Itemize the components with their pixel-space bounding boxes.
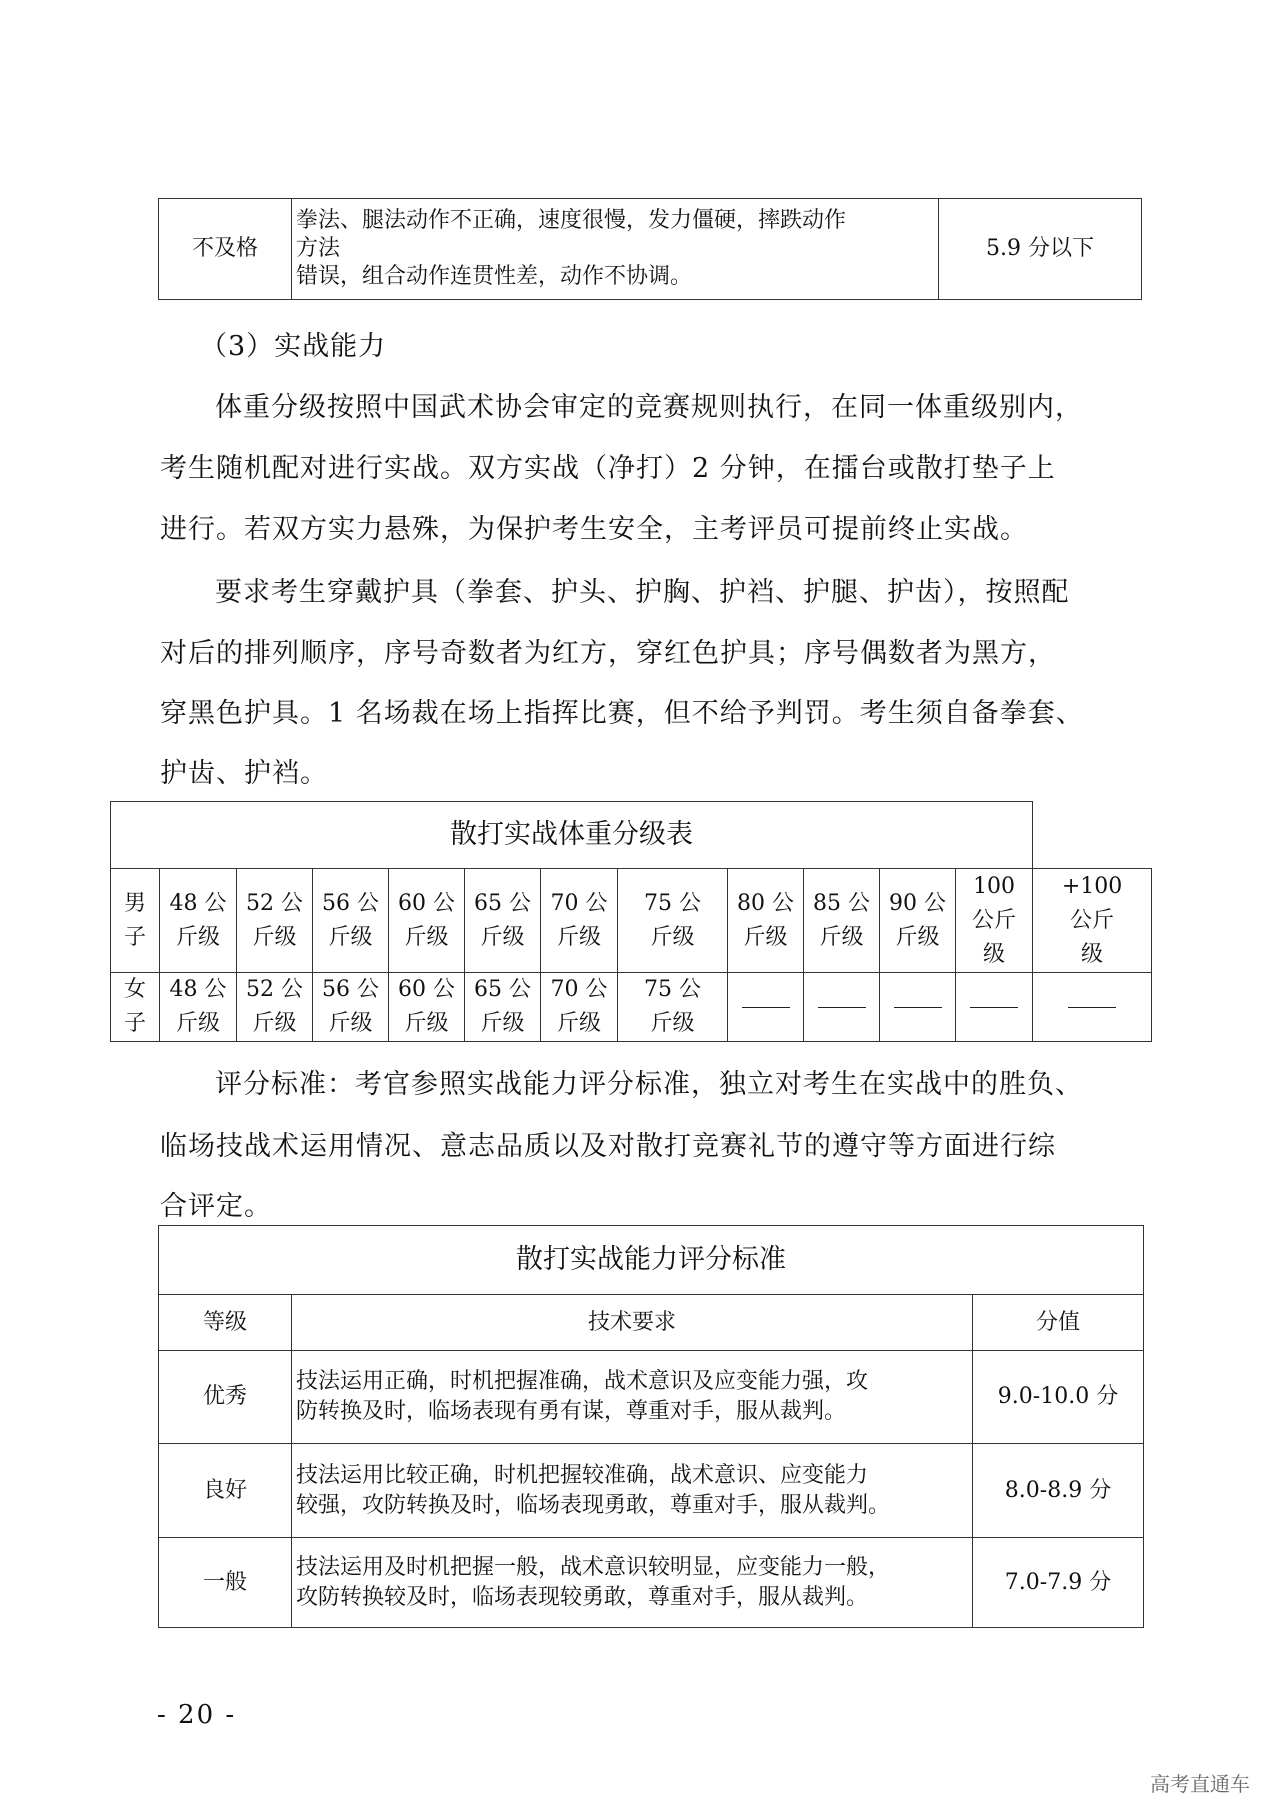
score-cell: 9.0-10.0 分 (973, 1351, 1144, 1444)
score-cell: 7.0-7.9 分 (973, 1538, 1144, 1628)
paragraph-line: 考生随机配对进行实战。双方实战（净打）2 分钟，在擂台或散打垫子上 (160, 446, 1056, 485)
paragraph-line: 进行。若双方实力悬殊，为保护考生安全，主考评员可提前终止实战。 (160, 507, 1028, 546)
weight-cell: 60 公斤级 (389, 869, 465, 973)
grade-cell: 不及格 (159, 199, 292, 300)
table-row: 优秀 技法运用正确，时机把握准确，战术意识及应变能力强，攻防转换及时，临场表现有… (159, 1351, 1144, 1444)
weight-cell: 75 公斤级 (618, 973, 728, 1042)
requirement-line: 错误，组合动作连贯性差，动作不协调。 (296, 263, 934, 291)
dash-placeholder (894, 1007, 942, 1008)
paragraph-line: 要求考生穿戴护具（拳套、护头、护胸、护裆、护腿、护齿），按照配 (215, 570, 1070, 609)
grade-cell: 优秀 (159, 1351, 292, 1444)
requirement-cell: 技法运用及时机把握一般，战术意识较明显，应变能力一般，攻防转换较及时，临场表现较… (292, 1538, 973, 1628)
weight-cell: 90 公斤级 (880, 869, 956, 973)
weight-cell: 75 公斤级 (618, 869, 728, 973)
weight-cell: 60 公斤级 (389, 973, 465, 1042)
paragraph-line: 体重分级按照中国武术协会审定的竞赛规则执行，在同一体重级别内， (215, 385, 1083, 424)
header-requirement: 技术要求 (292, 1295, 973, 1351)
paragraph-line: 对后的排列顺序，序号奇数者为红方，穿红色护具；序号偶数者为黑方， (160, 631, 1056, 670)
dash-placeholder (742, 1007, 790, 1008)
table-row-male: 男子 48 公斤级 52 公斤级 56 公斤级 60 公斤级 65 公斤级 70… (111, 869, 1152, 973)
empty-cell (956, 973, 1033, 1042)
requirement-cell: 拳法、腿法动作不正确，速度很慢，发力僵硬，摔跌动作 方法 错误，组合动作连贯性差… (292, 199, 939, 300)
dash-placeholder (970, 1007, 1018, 1008)
empty-cell (804, 973, 880, 1042)
weight-cell: 70 公斤级 (541, 973, 618, 1042)
score-cell: 5.9 分以下 (939, 199, 1142, 300)
requirement-cell: 技法运用正确，时机把握准确，战术意识及应变能力强，攻防转换及时，临场表现有勇有谋… (292, 1351, 973, 1444)
paragraph-line: 合评定。 (160, 1184, 272, 1223)
weight-cell: 85 公斤级 (804, 869, 880, 973)
weight-cell: +100公斤级 (1033, 869, 1152, 973)
fail-grade-table: 不及格 拳法、腿法动作不正确，速度很慢，发力僵硬，摔跌动作 方法 错误，组合动作… (158, 198, 1142, 300)
paragraph-line: 穿黑色护具。1 名场裁在场上指挥比赛，但不给予判罚。考生须自备拳套、 (160, 691, 1084, 730)
row-label-female: 女子 (111, 973, 160, 1042)
row-label-male: 男子 (111, 869, 160, 973)
requirement-line: 拳法、腿法动作不正确，速度很慢，发力僵硬，摔跌动作 (296, 207, 934, 235)
weight-table-title: 散打实战体重分级表 (111, 802, 1033, 869)
scoring-standards-table: 散打实战能力评分标准 等级 技术要求 分值 优秀 技法运用正确，时机把握准确，战… (158, 1225, 1144, 1628)
dash-placeholder (818, 1007, 866, 1008)
weight-cell: 56 公斤级 (313, 973, 389, 1042)
weight-cell: 100公斤级 (956, 869, 1033, 973)
header-grade: 等级 (159, 1295, 292, 1351)
paragraph-line: 临场技战术运用情况、意志品质以及对散打竞赛礼节的遵守等方面进行综 (160, 1124, 1056, 1163)
grade-cell: 良好 (159, 1444, 292, 1538)
empty-cell (1033, 973, 1152, 1042)
weight-cell: 56 公斤级 (313, 869, 389, 973)
weight-cell: 52 公斤级 (237, 869, 313, 973)
weight-class-table: 散打实战体重分级表 男子 48 公斤级 52 公斤级 56 公斤级 60 公斤级… (110, 801, 1152, 1042)
weight-cell: 70 公斤级 (541, 869, 618, 973)
table-row: 一般 技法运用及时机把握一般，战术意识较明显，应变能力一般，攻防转换较及时，临场… (159, 1538, 1144, 1628)
grade-cell: 一般 (159, 1538, 292, 1628)
weight-cell: 80 公斤级 (728, 869, 804, 973)
table-header-row: 等级 技术要求 分值 (159, 1295, 1144, 1351)
table-title-row: 散打实战能力评分标准 (159, 1226, 1144, 1295)
requirement-line: 方法 (296, 235, 934, 263)
requirement-cell: 技法运用比较正确，时机把握较准确，战术意识、应变能力较强，攻防转换及时，临场表现… (292, 1444, 973, 1538)
empty-cell (728, 973, 804, 1042)
weight-cell: 48 公斤级 (160, 973, 237, 1042)
paragraph-line: 评分标准：考官参照实战能力评分标准，独立对考生在实战中的胜负、 (215, 1062, 1083, 1101)
weight-cell: 65 公斤级 (465, 869, 541, 973)
dash-placeholder (1068, 1007, 1116, 1008)
table-row-female: 女子 48 公斤级 52 公斤级 56 公斤级 60 公斤级 65 公斤级 70… (111, 973, 1152, 1042)
table-title-row: 散打实战体重分级表 (111, 802, 1152, 869)
section-heading: （3）实战能力 (200, 324, 386, 363)
table-row: 良好 技法运用比较正确，时机把握较准确，战术意识、应变能力较强，攻防转换及时，临… (159, 1444, 1144, 1538)
weight-cell: 48 公斤级 (160, 869, 237, 973)
paragraph-line: 护齿、护裆。 (160, 751, 328, 790)
score-cell: 8.0-8.9 分 (973, 1444, 1144, 1538)
weight-cell: 65 公斤级 (465, 973, 541, 1042)
header-score: 分值 (973, 1295, 1144, 1351)
page-number: - 20 - (157, 1700, 236, 1730)
scoring-table-title: 散打实战能力评分标准 (159, 1226, 1144, 1295)
watermark: 高考直通车 (1150, 1768, 1250, 1797)
weight-cell: 52 公斤级 (237, 973, 313, 1042)
empty-cell (880, 973, 956, 1042)
table-row: 不及格 拳法、腿法动作不正确，速度很慢，发力僵硬，摔跌动作 方法 错误，组合动作… (159, 199, 1142, 300)
